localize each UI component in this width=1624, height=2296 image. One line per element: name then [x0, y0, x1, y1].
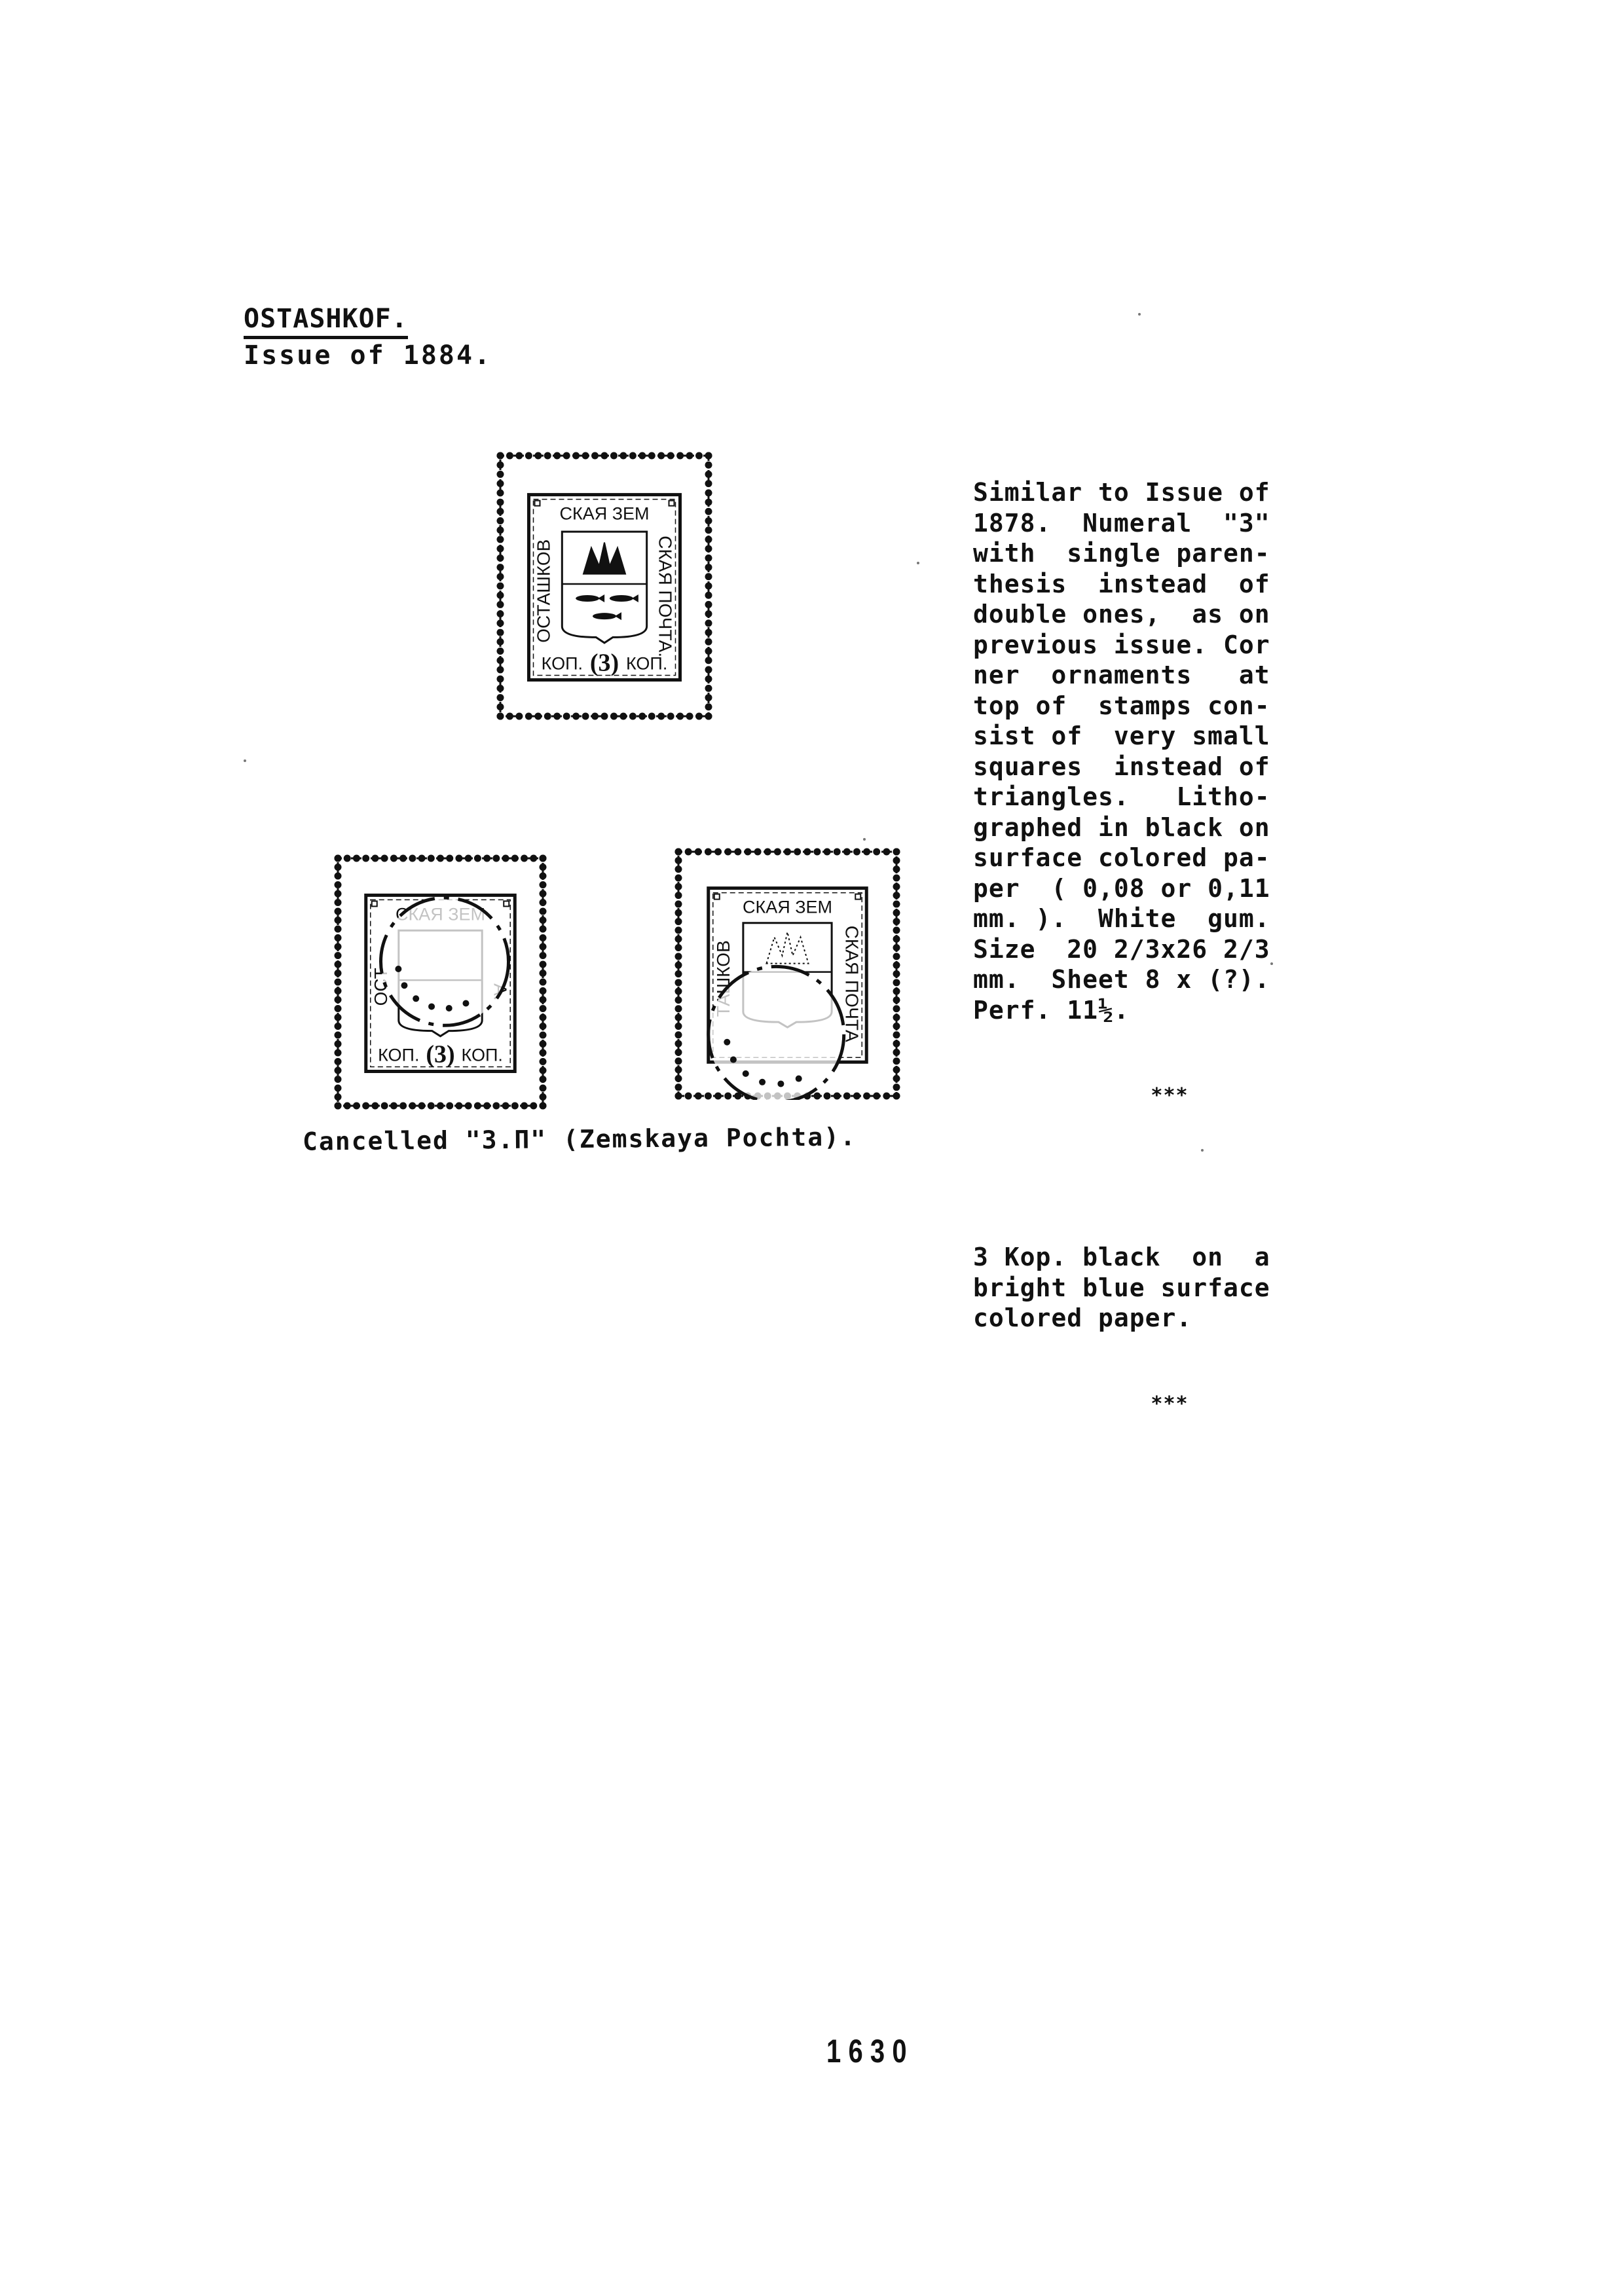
issue-subtitle: Issue of 1884.	[244, 339, 492, 372]
description-line: thesis instead of	[973, 569, 1340, 600]
page-number: 1630	[826, 2032, 914, 2070]
stamp-image-cancelled-right: СКАЯ ЗЕМТАШКОВСКАЯ ПОЧТА	[674, 848, 900, 1100]
stamp-value: (3)	[426, 1041, 454, 1068]
description-line: triangles. Litho-	[973, 782, 1340, 812]
description-paragraph-2: 3 Kop. black on abright blue surfacecolo…	[973, 1242, 1340, 1334]
description-line: mm. ). White gum.	[973, 903, 1340, 934]
description-line: colored paper.	[973, 1303, 1340, 1334]
separator-stars: ***	[999, 1086, 1340, 1106]
eagle-icon	[767, 932, 809, 964]
eagle-icon	[583, 543, 625, 574]
fish-icon	[593, 613, 616, 619]
description-paragraph-1: Similar to Issue of1878. Numeral "3"with…	[973, 477, 1340, 1025]
description-line: Similar to Issue of	[973, 477, 1340, 508]
description-line: mm. Sheet 8 x (?).	[973, 964, 1340, 995]
stamp-top-text: СКАЯ ЗЕМ	[559, 504, 649, 524]
description-line: Size 20 2/3x26 2/3	[973, 934, 1340, 965]
description-line: squares instead of	[973, 752, 1340, 782]
heading-block: OSTASHKOF. Issue of 1884.	[244, 302, 492, 372]
stamp-left-text: ОСТАШКОВ	[534, 539, 554, 643]
description-line: Perf. 11½.	[973, 995, 1340, 1026]
postmark-icon	[381, 898, 509, 1025]
postmark-icon	[709, 966, 844, 1100]
description-line: surface colored pa-	[973, 843, 1340, 873]
description-line: top of stamps con-	[973, 691, 1340, 721]
stamp-currency-right: КОП.	[626, 654, 667, 674]
description-line: ner ornaments at	[973, 660, 1340, 691]
stamp-right-text: СКАЯ ПОЧТА.	[655, 536, 676, 657]
stamp-top-text: СКАЯ ЗЕМ	[743, 898, 832, 917]
stamp-currency-left: КОП.	[378, 1046, 419, 1065]
fish-icon	[610, 595, 633, 602]
stamp-currency-right: КОП.	[462, 1046, 503, 1065]
description-line: double ones, as on	[973, 599, 1340, 630]
description-line: sist of very small	[973, 721, 1340, 752]
stamp-image-mint: СКАЯ ЗЕМОСТАШКОВСКАЯ ПОЧТА.КОП.(3)КОП.	[496, 452, 712, 720]
description-line: bright blue surface	[973, 1273, 1340, 1303]
stamp-value: (3)	[590, 649, 619, 677]
stamp-image-cancelled-left: СКАЯ ЗЕМОСТА.КОП.(3)КОП.	[334, 854, 547, 1110]
description-line: 3 Kop. black on a	[973, 1242, 1340, 1273]
fish-icon	[576, 595, 599, 602]
page-title: OSTASHKOF.	[244, 302, 408, 339]
description-line: previous issue. Cor	[973, 630, 1340, 661]
description-line: graphed in black on	[973, 812, 1340, 843]
stamp-currency-left: КОП.	[542, 654, 583, 674]
description-line: 1878. Numeral "3"	[973, 508, 1340, 539]
stamps-caption: Cancelled "3.П" (Zemskaya Pochta).	[303, 1122, 857, 1156]
separator-stars-end: ***	[999, 1394, 1340, 1414]
description-line: with single paren-	[973, 538, 1340, 569]
description-line: per ( 0,08 or 0,11	[973, 873, 1340, 904]
description-block: Similar to Issue of1878. Numeral "3"with…	[973, 416, 1340, 1444]
